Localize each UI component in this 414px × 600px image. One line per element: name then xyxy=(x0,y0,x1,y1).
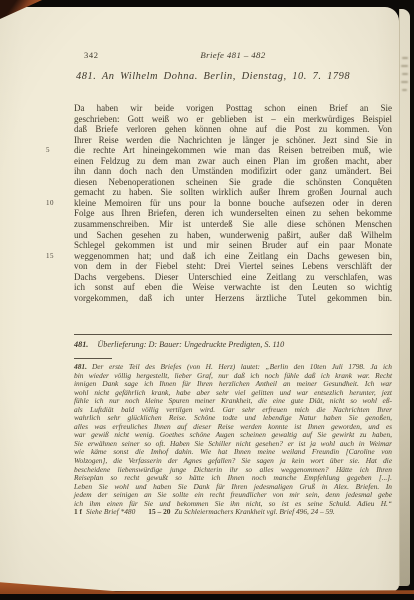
black-border-bottom xyxy=(0,594,414,600)
body-line-text: geschrieben: Gott weiß wo er geblieben i… xyxy=(74,114,392,124)
body-line-text: Folge aus Ihren Briefen, deren ich wunde… xyxy=(74,208,392,218)
body-line: Da haben wir beide vorigen Posttag schon… xyxy=(74,103,392,114)
body-line: Folge aus Ihren Briefen, deren ich wunde… xyxy=(74,208,392,219)
ueberlieferung-text: Überlieferung: D: Bauer: Ungedruckte Pre… xyxy=(97,340,284,349)
body-line-text: vorgekommen, daß ich unter Herzens ärztl… xyxy=(74,293,392,303)
body-line: daß Briefe verloren gehen können ohne au… xyxy=(74,124,392,135)
body-line: ihn dann doch nach den Umständen modifiz… xyxy=(74,166,392,177)
body-line-text: die rechte Art hineingekommen wie man da… xyxy=(74,145,392,155)
body-line: 5die rechte Art hineingekommen wie man d… xyxy=(74,145,392,156)
body-line-text: von dem in der Fiebel steht: Drei Vierte… xyxy=(74,261,392,271)
body-line-text: zusammenschreiben. Mir ist unterdeß Sie … xyxy=(74,219,392,229)
apparatus-divider-rule xyxy=(74,334,392,335)
line-reference-text: Zu Schleiermachers Krankheit vgl. Brief … xyxy=(170,507,334,516)
body-line: 15weggenommen hat; und daß ich eine Zeit… xyxy=(74,251,392,262)
body-line-text: weggenommen hat; und daß ich eine Zeitla… xyxy=(74,251,392,261)
body-line: Schlegel gekommen ist und mir seinen Bru… xyxy=(74,240,392,251)
body-line-text: ihn dann doch nach den Umständen modifiz… xyxy=(74,166,392,176)
body-line-text: einen Feldzug zu dem man zwar auch einen… xyxy=(74,156,392,166)
body-line: 10kleine Memoiren für uns pour la bonne … xyxy=(74,198,392,209)
body-line-text: Dachs vergebens. Dieser Unterschied eine… xyxy=(74,272,392,282)
body-line-text: ich sonst auf eben die Weise verwachte i… xyxy=(74,282,392,292)
line-references: 1 fSiehe Brief *48015 – 20Zu Schleiermac… xyxy=(74,507,392,516)
body-line: und Sachen gesehen zu haben, wunderwenig… xyxy=(74,230,392,241)
book-page: 342 Briefe 481 – 482 481. An Wilhelm Doh… xyxy=(0,7,399,591)
body-line-text: diesen Nebenoperationen scheinen Sie gra… xyxy=(74,177,392,187)
ueberlieferung-note: 481.Überlieferung: D: Bauer: Ungedruckte… xyxy=(74,340,392,349)
letter-heading: 481. An Wilhelm Dohna. Berlin, Dienstag,… xyxy=(76,71,406,82)
facing-page-edge xyxy=(399,9,410,586)
body-line: zusammenschreiben. Mir ist unterdeß Sie … xyxy=(74,219,392,230)
facing-page-ghost-text xyxy=(402,89,407,91)
body-line: vorgekommen, daß ich unter Herzens ärztl… xyxy=(74,293,392,304)
body-line-text: Da haben wir beide vorigen Posttag schon… xyxy=(74,103,392,113)
line-reference-label: 1 f xyxy=(74,507,82,516)
line-number-marker: 5 xyxy=(46,145,68,156)
body-line-text: daß Briefe verloren gehen können ohne au… xyxy=(74,124,392,134)
body-line: diesen Nebenoperationen scheinen Sie gra… xyxy=(74,177,392,188)
body-line-text: kleine Memoiren für uns pour la bonne bo… xyxy=(74,198,392,208)
body-line: gemacht zu haben. Sie sollten wirklich a… xyxy=(74,187,392,198)
body-line: ich sonst auf eben die Weise verwachte i… xyxy=(74,282,392,293)
line-number-marker: 10 xyxy=(46,198,68,209)
line-reference-label: 15 – 20 xyxy=(148,507,170,516)
body-line-text: gemacht zu haben. Sie sollten wirklich a… xyxy=(74,187,392,197)
letter-number: 481. xyxy=(74,340,97,349)
body-line: Dachs vergebens. Dieser Unterschied eine… xyxy=(74,272,392,283)
body-line-text: und Sachen gesehen zu haben, wunderwenig… xyxy=(74,230,392,240)
body-line: geschrieben: Gott weiß wo er geblieben i… xyxy=(74,114,392,125)
apparatus-commentary: 481.Der erste Teil des Briefes (von H. H… xyxy=(74,363,392,508)
body-line: von dem in der Fiebel steht: Drei Vierte… xyxy=(74,261,392,272)
body-line-text: Schlegel gekommen ist und mir seinen Bru… xyxy=(74,240,392,250)
body-line: einen Feldzug zu dem man zwar auch einen… xyxy=(74,156,392,167)
body-line-text: Ihrer Reise werden die Nachrichten je lä… xyxy=(74,135,392,145)
line-reference-text: Siehe Brief *480 xyxy=(82,507,135,516)
footnote-separator-rule xyxy=(74,358,112,359)
line-number-marker: 15 xyxy=(46,251,68,262)
body-line: Ihrer Reise werden die Nachrichten je lä… xyxy=(74,135,392,146)
facing-page-ghost-text xyxy=(401,65,408,67)
running-header: Briefe 481 – 482 xyxy=(74,50,392,60)
facing-page-ghost-text xyxy=(402,57,408,59)
letter-body: Da haben wir beide vorigen Posttag schon… xyxy=(74,103,392,303)
book-photo: 342 Briefe 481 – 482 481. An Wilhelm Doh… xyxy=(0,0,414,600)
